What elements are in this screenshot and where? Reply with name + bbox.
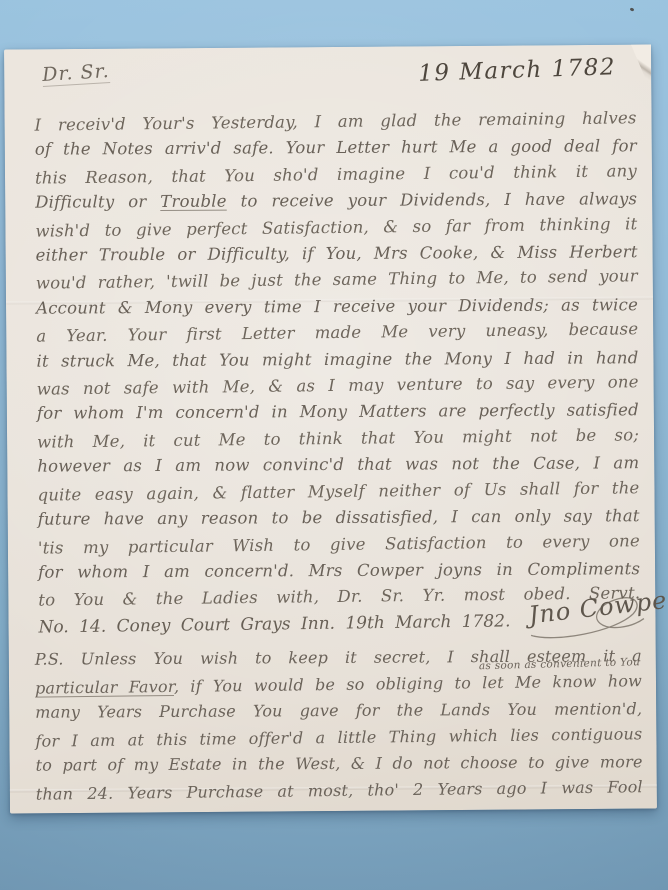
photo-backdrop: Dr. Sr. 19 March 1782 I receiv'd Your's … xyxy=(0,0,668,890)
letter-line-text: to receive your Dividends, I have always xyxy=(227,189,638,210)
date-annotation: 19 March 1782 xyxy=(418,54,617,87)
postscript: as soon as convenient to You P.S. Unless… xyxy=(35,643,643,807)
dust-speck xyxy=(630,7,635,11)
paper-corner-fold xyxy=(631,44,651,92)
underlined-word: Trouble xyxy=(160,192,227,211)
salutation: Dr. Sr. xyxy=(42,60,111,86)
letter-paper: Dr. Sr. 19 March 1782 I receiv'd Your's … xyxy=(4,44,657,813)
underlined-word: particular Favor xyxy=(35,677,174,698)
letter-body: I receiv'd Your's Yesterday, I am glad t… xyxy=(34,107,640,613)
address-date-line: No. 14. Coney Court Grays Inn. 19th Marc… xyxy=(38,611,510,637)
postscript-line-text: , if You would be so obliging to let Me … xyxy=(174,671,642,696)
letter-line-text: Difficulty or xyxy=(35,192,160,212)
postscript-line: than 24. Years Purchase at most, tho' 2 … xyxy=(36,774,643,808)
